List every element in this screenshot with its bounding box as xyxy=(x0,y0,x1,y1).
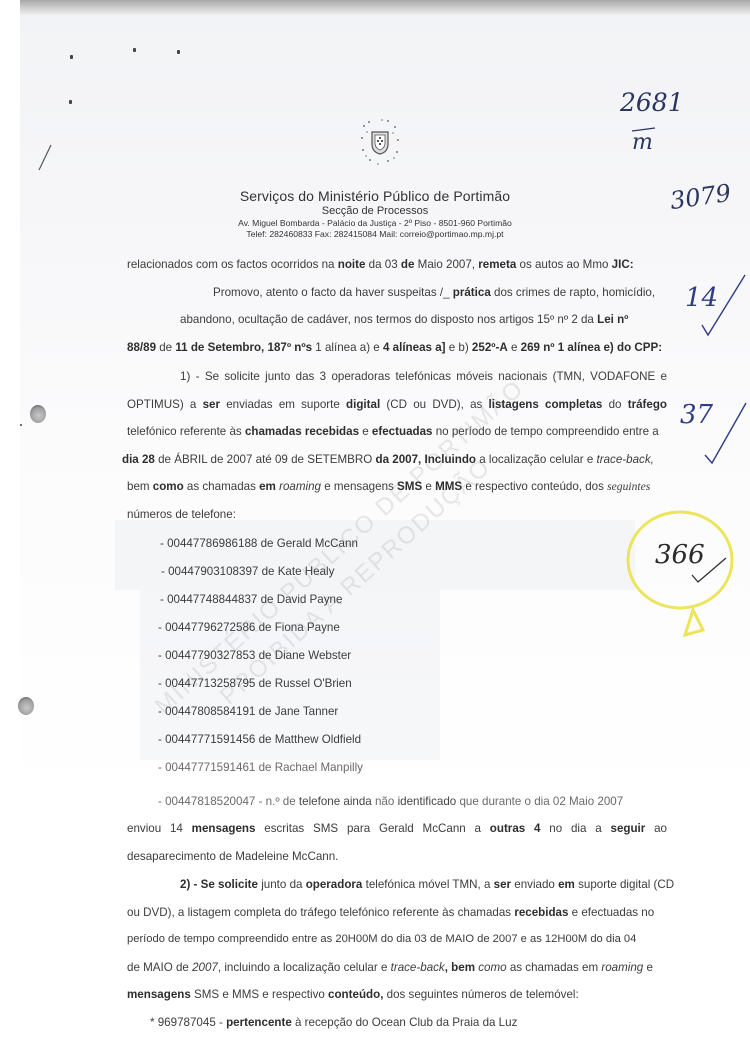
punch-hole-icon xyxy=(18,697,34,715)
phone-list-item: - 00447748844837 de David Payne xyxy=(160,593,342,606)
phone-number: - 00447786986188 xyxy=(160,537,257,550)
phone-owner: de Rachael Manpilly xyxy=(255,761,363,774)
item1-line-4: dia 28 de ÁBRIL de 2007 até 09 de SETEMB… xyxy=(122,453,654,466)
section-name: Secção de Processos xyxy=(0,205,750,217)
phone-owner: de Kate Healy xyxy=(258,565,334,578)
phone-owner: de Matthew Oldfield xyxy=(255,733,361,746)
highlight-circle-icon xyxy=(625,505,750,645)
phone-number: - 00447713258795 xyxy=(158,677,255,690)
promovo-line-1: Promovo, atento o facto da haver suspeit… xyxy=(213,286,655,299)
phone-list-item: - 00447771591456 de Matthew Oldfield xyxy=(158,733,361,746)
phone-number: - 00447771591461 xyxy=(158,761,255,774)
phone-owner: de Diane Webster xyxy=(255,649,351,662)
office-contact: Telef: 282460833 Fax: 282415084 Mail: co… xyxy=(0,229,750,239)
punch-hole-icon xyxy=(30,405,46,423)
office-address: Av. Miguel Bombarda - Palácio da Justiça… xyxy=(0,218,750,228)
item2-line-5: mensagens SMS e MMS e respectivo conteúd… xyxy=(127,988,579,1001)
scan-speck xyxy=(69,100,72,104)
phone-number: - 00447903108397 xyxy=(161,565,258,578)
phone-owner: de David Payne xyxy=(257,593,342,606)
item1-line-6: números de telefone: xyxy=(127,508,236,521)
scan-speck xyxy=(177,50,180,54)
phone-number: - 00447796272586 xyxy=(158,621,255,634)
intro-line: relacionados com os factos ocorridos na … xyxy=(127,258,634,271)
handwritten-page-number: 2681 xyxy=(620,88,684,117)
item1-line-2: OPTIMUS) a ser enviadas em suporte digit… xyxy=(127,398,667,411)
scan-speck xyxy=(20,424,22,426)
coat-of-arms-icon xyxy=(358,118,402,166)
item1-line-5: bem como as chamadas em roaming e mensag… xyxy=(127,480,650,493)
scan-speck xyxy=(70,55,73,59)
phone-list-item: - 00447786986188 de Gerald McCann xyxy=(160,537,358,550)
phone-owner: de Gerald McCann xyxy=(257,537,358,550)
item1-line-1: 1) - Se solicite junto das 3 operadoras … xyxy=(180,370,667,383)
phone-number: - 00447790327853 xyxy=(158,649,255,662)
promovo-line-2: abandono, ocultação de cadáver, nos term… xyxy=(180,313,628,326)
unidentified-line-1: - 00447818520047 - n.º de telefone ainda… xyxy=(158,795,623,808)
scan-speck xyxy=(133,48,136,52)
promovo-line-3: 88/89 de 11 de Setembro, 187º nºs 1 alín… xyxy=(127,341,662,354)
phone-number: - 00447808584191 xyxy=(158,705,255,718)
phone-list-item: - 00447771591461 de Rachael Manpilly xyxy=(158,761,363,774)
item2-line-6: * 969787045 - pertencente à recepção do … xyxy=(150,1016,517,1029)
phone-list-item: - 00447903108397 de Kate Healy xyxy=(161,565,334,578)
phone-owner: de Fiona Payne xyxy=(255,621,339,634)
handwritten-checkmark xyxy=(700,270,750,340)
phone-owner: de Jane Tanner xyxy=(255,705,338,718)
scan-top-edge xyxy=(20,0,750,15)
unidentified-line-2: enviou 14 mensagens escritas SMS para Ge… xyxy=(127,822,667,835)
item2-line-4: de MAIO de 2007, incluindo a localização… xyxy=(127,961,653,974)
phone-list-item: - 00447796272586 de Fiona Payne xyxy=(158,621,340,634)
phone-number: - 00447771591456 xyxy=(158,733,255,746)
phone-owner: de Russel O'Brien xyxy=(255,677,351,690)
handwritten-checkmark xyxy=(690,550,730,590)
item1-line-3: telefónico referente às chamadas recebid… xyxy=(127,425,659,438)
item2-line-3: período de tempo compreendido entre as 2… xyxy=(127,933,636,945)
handwritten-checkmark xyxy=(700,395,750,465)
item2-line-2: ou DVD), a listagem completa do tráfego … xyxy=(127,906,654,919)
item2-line-1: 2) - Se solicite junto da operadora tele… xyxy=(180,878,674,891)
phone-list-item: - 00447713258795 de Russel O'Brien xyxy=(158,677,352,690)
handwritten-initials: m xyxy=(632,130,653,155)
phone-list-item: - 00447808584191 de Jane Tanner xyxy=(158,705,338,718)
scan-left-margin xyxy=(0,0,20,1062)
phone-list-item: - 00447790327853 de Diane Webster xyxy=(158,649,351,662)
office-title: Serviços do Ministério Público de Portim… xyxy=(0,188,750,204)
pen-stroke-icon xyxy=(36,142,56,172)
unidentified-line-3: desaparecimento de Madeleine McCann. xyxy=(127,850,338,863)
phone-number: - 00447748844837 xyxy=(160,593,257,606)
